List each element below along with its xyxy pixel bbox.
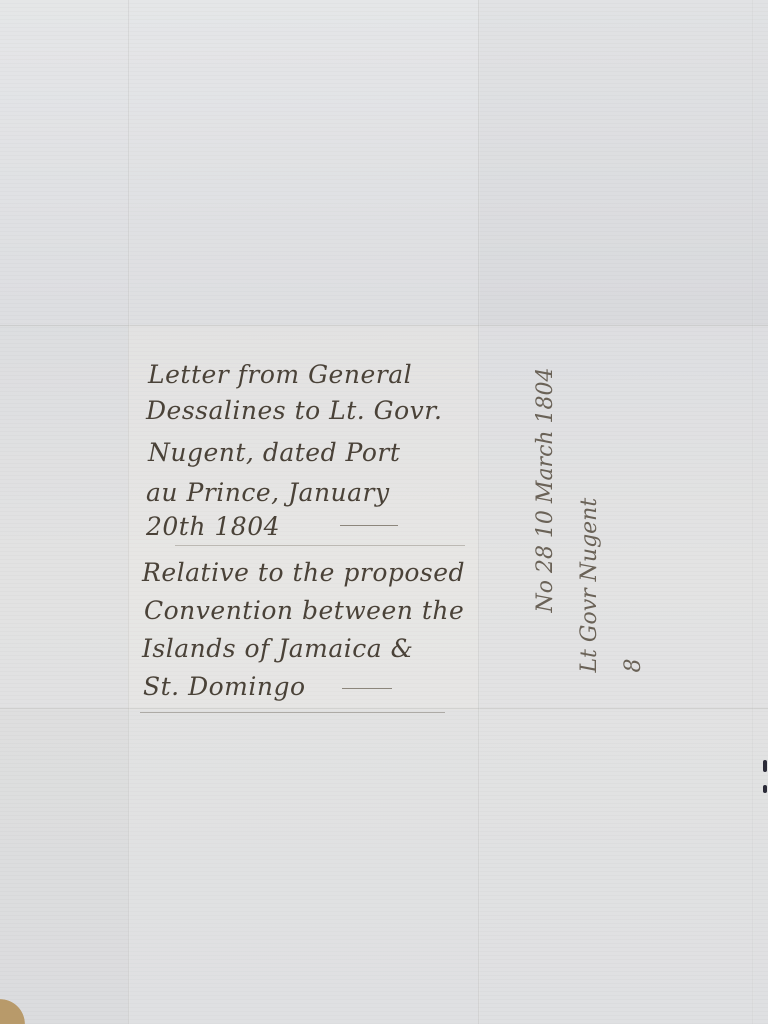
vertical-fold-line [128, 0, 130, 1024]
fold-panel [128, 0, 478, 325]
ink-mark [763, 785, 767, 793]
subject-line: Convention between the [144, 598, 464, 623]
horizontal-fold-line [0, 708, 768, 710]
docket-line: Dessalines to Lt. Govr. [146, 398, 442, 423]
docket-line: Letter from General [148, 362, 412, 387]
subject-line: St. Domingo [143, 674, 306, 699]
fold-panel [0, 710, 128, 1024]
horizontal-fold-line [0, 325, 768, 327]
ink-mark [763, 760, 767, 772]
fold-panel [128, 710, 478, 1024]
table-surface [0, 994, 28, 1024]
bottom-rule [140, 712, 445, 713]
endorsement-name: Lt Govr Nugent [568, 367, 612, 672]
docket-line: au Prince, January [146, 480, 390, 505]
subject-line: Relative to the proposed [142, 560, 465, 585]
docket-date: 20th 1804 [146, 514, 280, 539]
manuscript-paper: Letter from General Dessalines to Lt. Go… [0, 0, 768, 1024]
fold-panel [478, 0, 768, 325]
endorsement: No 28 10 March 1804 Lt Govr Nugent 8 [524, 367, 656, 672]
fold-panel [0, 0, 128, 325]
subject-line: Islands of Jamaica & [142, 636, 413, 661]
docket-line: Nugent, dated Port [148, 440, 400, 465]
paper-edge [752, 0, 754, 1024]
vertical-fold-line [478, 0, 480, 1024]
docket-divider [175, 545, 465, 546]
docket-dash [340, 525, 398, 526]
subject-dash [342, 688, 392, 689]
endorsement-reference: No 28 10 March 1804 [524, 367, 568, 672]
endorsement-folio: 8 [612, 367, 656, 672]
fold-panel [478, 710, 768, 1024]
